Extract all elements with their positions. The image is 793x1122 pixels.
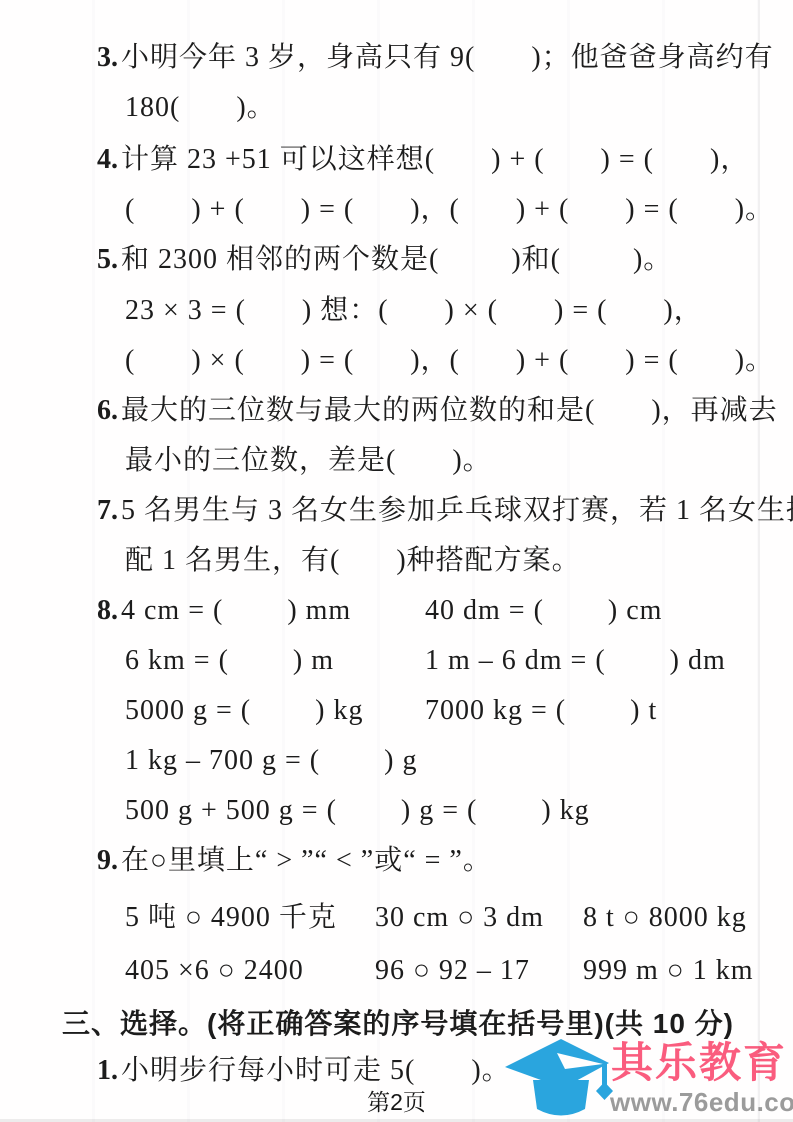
question-text: 5 名男生与 3 名女生参加乒乓球双打赛，若 1 名女生搭 [121, 495, 793, 526]
question-9-row-2-col-3: 999 m ○ 1 km [583, 953, 753, 989]
question-text: 最小的三位数，差是( )。 [125, 445, 492, 476]
question-text: 小明今年 3 岁，身高只有 9( )；他爸爸身高约有 [121, 42, 774, 73]
question-text: 小明步行每小时可走 5( )。 [121, 1055, 511, 1086]
watermark-url-text: www.76edu.com [610, 1087, 793, 1118]
question-5-line-1: 5.和 2300 相邻的两个数是( )和( )。 [97, 242, 672, 278]
question-text: 最大的三位数与最大的两位数的和是( )，再减去 [121, 395, 778, 426]
question-8-row-2-col-2: 1 m – 6 dm = ( ) dm [425, 643, 726, 679]
question-number: 9. [97, 845, 118, 876]
question-text: 配 1 名男生，有( )种搭配方案。 [125, 545, 581, 576]
comparison-blank: 5 吨 ○ 4900 千克 [125, 902, 337, 933]
question-3-line-2: 180( )。 [125, 90, 276, 126]
question-8-row-4-col-1: 1 kg – 700 g = ( ) g [125, 743, 417, 779]
question-text: ( ) + ( ) = ( )，( ) + ( ) = ( )。 [125, 194, 774, 225]
question-8-row-3-col-2: 7000 kg = ( ) t [425, 693, 657, 729]
question-number: 6. [97, 395, 118, 426]
question-5-line-3: ( ) × ( ) = ( )，( ) + ( ) = ( )。 [125, 343, 774, 379]
question-9-row-1-col-1: 5 吨 ○ 4900 千克 [125, 900, 337, 936]
question-9-row-1-col-2: 30 cm ○ 3 dm [375, 900, 544, 936]
question-8-row-2-col-1: 6 km = ( ) m [125, 643, 334, 679]
conversion-blank: 6 km = ( ) m [125, 645, 334, 676]
comparison-blank: 30 cm ○ 3 dm [375, 902, 544, 933]
question-number: 8. [97, 595, 118, 626]
worksheet-page: 3.小明今年 3 岁，身高只有 9( )；他爸爸身高约有 180( )。 4.计… [0, 0, 793, 1122]
section-3-heading: 三、选择。(将正确答案的序号填在括号里)(共 10 分) [62, 1006, 734, 1042]
question-number: 3. [97, 42, 118, 73]
conversion-blank: 40 dm = ( ) cm [425, 595, 662, 626]
question-9-row-2-col-1: 405 ×6 ○ 2400 [125, 953, 304, 989]
question-text: 23 × 3 = ( ) 想：( ) × ( ) = ( )， [125, 295, 703, 326]
watermark-brand-text: 其乐教育 [611, 1040, 787, 1086]
question-text: 计算 23 +51 可以这样想( ) + ( ) = ( )， [121, 144, 749, 175]
question-3-line-1: 3.小明今年 3 岁，身高只有 9( )；他爸爸身高约有 [97, 40, 774, 76]
comparison-blank: 8 t ○ 8000 kg [583, 902, 747, 933]
question-text: ( ) × ( ) = ( )，( ) + ( ) = ( )。 [125, 345, 774, 376]
conversion-blank: 1 kg – 700 g = ( ) g [125, 745, 417, 776]
question-text: 在○里填上“ > ”“ < ”或“ = ”。 [121, 845, 492, 876]
question-text: 180( )。 [125, 92, 276, 123]
question-number: 4. [97, 144, 118, 175]
conversion-blank: 5000 g = ( ) kg [125, 695, 363, 726]
question-8-row-1-col-1: 8.4 cm = ( ) mm [97, 593, 351, 629]
question-6-line-1: 6.最大的三位数与最大的两位数的和是( )，再减去 [97, 393, 778, 429]
comparison-blank: 999 m ○ 1 km [583, 955, 753, 986]
comparison-blank: 96 ○ 92 – 17 [375, 955, 530, 986]
graduation-cap-icon [505, 1036, 617, 1122]
question-9-row-2-col-2: 96 ○ 92 – 17 [375, 953, 530, 989]
conversion-blank: 7000 kg = ( ) t [425, 695, 657, 726]
question-8-row-3-col-1: 5000 g = ( ) kg [125, 693, 363, 729]
question-4-line-1: 4.计算 23 +51 可以这样想( ) + ( ) = ( )， [97, 142, 749, 178]
conversion-blank: 1 m – 6 dm = ( ) dm [425, 645, 726, 676]
scan-edge-line [758, 0, 760, 1122]
question-9-line-1: 9.在○里填上“ > ”“ < ”或“ = ”。 [97, 843, 492, 879]
question-5-line-2: 23 × 3 = ( ) 想：( ) × ( ) = ( )， [125, 293, 703, 329]
question-number: 5. [97, 244, 118, 275]
question-6-line-2: 最小的三位数，差是( )。 [125, 443, 492, 479]
comparison-blank: 405 ×6 ○ 2400 [125, 955, 304, 986]
conversion-blank: 4 cm = ( ) mm [121, 595, 351, 626]
question-4-line-2: ( ) + ( ) = ( )，( ) + ( ) = ( )。 [125, 192, 774, 228]
question-number: 1. [97, 1055, 118, 1086]
question-7-line-1: 7.5 名男生与 3 名女生参加乒乓球双打赛，若 1 名女生搭 [97, 493, 793, 529]
conversion-blank: 500 g + 500 g = ( ) g = ( ) kg [125, 795, 590, 826]
question-7-line-2: 配 1 名男生，有( )种搭配方案。 [125, 543, 581, 579]
question-8-row-1-col-2: 40 dm = ( ) cm [425, 593, 662, 629]
question-text: 和 2300 相邻的两个数是( )和( )。 [121, 244, 672, 275]
question-9-row-1-col-3: 8 t ○ 8000 kg [583, 900, 747, 936]
question-number: 7. [97, 495, 118, 526]
question-8-row-5-col-1: 500 g + 500 g = ( ) g = ( ) kg [125, 793, 590, 829]
